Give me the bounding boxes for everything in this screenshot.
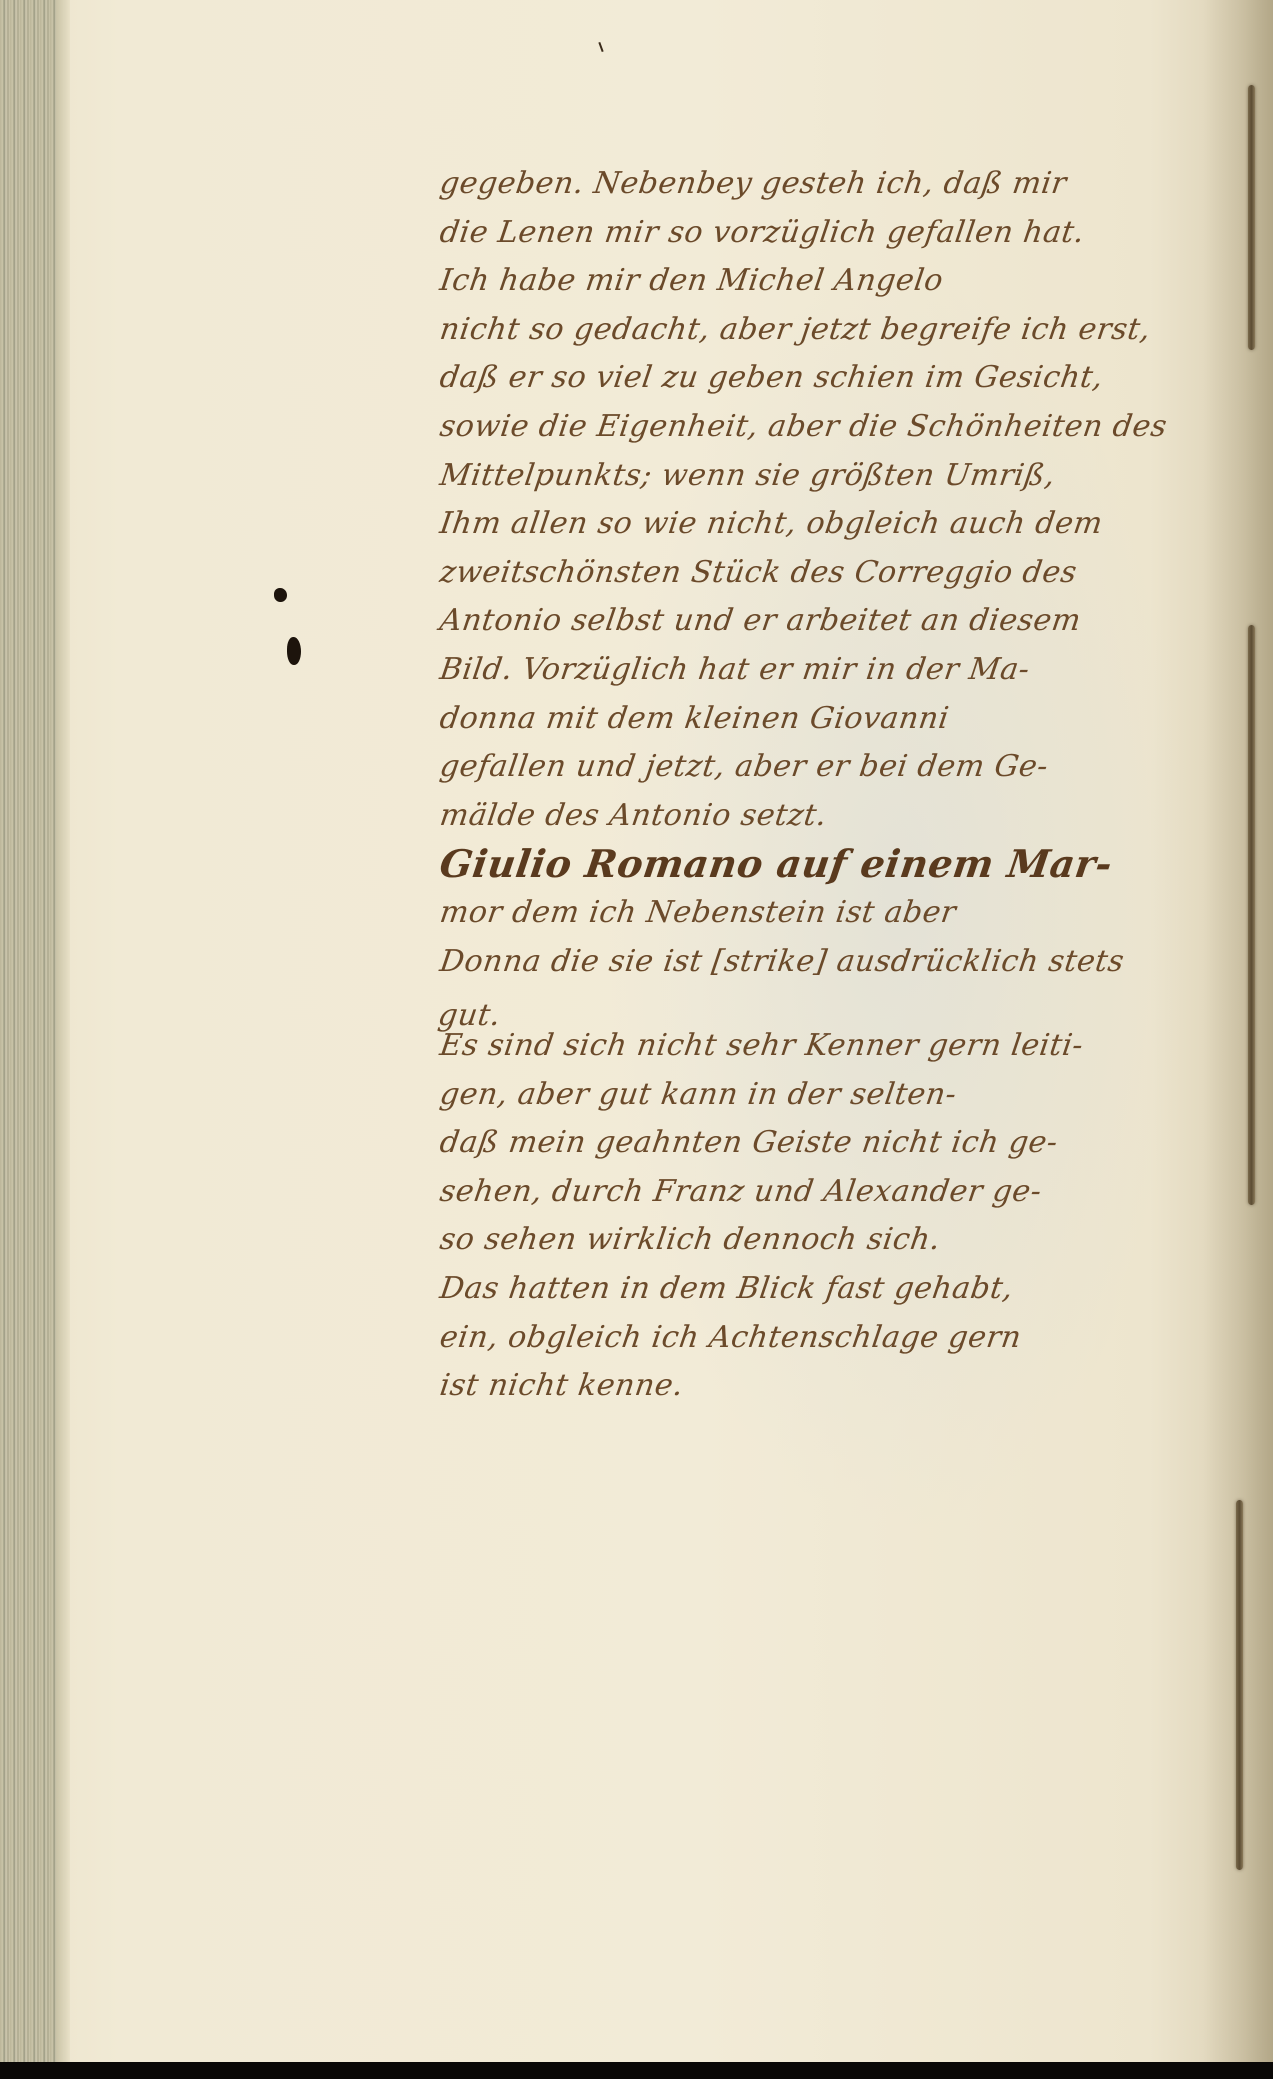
manuscript-line: mor dem ich Nebenstein ist aber [437,889,1244,938]
manuscript-line-giulio-romano: Giulio Romano auf einem Mar- [437,840,1244,889]
handwritten-text: gegeben. Nebenbey gesteh ich, daß mir di… [440,160,1240,1411]
page-stack-edge [0,0,70,2062]
manuscript-line: Das hatten in dem Blick fast gehabt, [437,1265,1244,1314]
manuscript-line: donna mit dem kleinen Giovanni [437,695,1244,744]
manuscript-page: gegeben. Nebenbey gesteh ich, daß mir di… [0,0,1273,2062]
ink-mark [598,42,603,52]
manuscript-line: so sehen wirklich dennoch sich. [437,1216,1244,1265]
manuscript-line: gut. [437,986,1242,1022]
manuscript-line: ein, obgleich ich Achtenschlage gern [437,1314,1244,1363]
manuscript-line: gen, aber gut kann in der selten- [437,1071,1244,1120]
manuscript-line: nicht so gedacht, aber jetzt begreife ic… [437,306,1244,355]
scan-border [0,2062,1273,2079]
manuscript-line: Bild. Vorzüglich hat er mir in der Ma- [437,646,1244,695]
manuscript-line: gefallen und jetzt, aber er bei dem Ge- [437,743,1244,792]
manuscript-line: Donna die sie ist [strike] ausdrücklich … [437,938,1244,987]
manuscript-line: Antonio selbst und er arbeitet an diesem [437,597,1244,646]
binding-stitch-top [1248,85,1255,350]
manuscript-line: daß mein geahnten Geiste nicht ich ge- [437,1119,1244,1168]
manuscript-line: daß er so viel zu geben schien im Gesich… [437,354,1244,403]
manuscript-line: Ich habe mir den Michel Angelo [437,257,1244,306]
manuscript-line: Ihm allen so wie nicht, obgleich auch de… [437,500,1244,549]
manuscript-line: gegeben. Nebenbey gesteh ich, daß mir [437,160,1244,209]
binding-stitch-bottom [1236,1500,1243,1870]
manuscript-line: Es sind sich nicht sehr Kenner gern leit… [437,1022,1244,1071]
ink-blot [287,637,301,665]
manuscript-line: mälde des Antonio setzt. [437,792,1244,841]
manuscript-line: ist nicht kenne. [437,1362,1244,1411]
manuscript-line: sowie die Eigenheit, aber die Schönheite… [437,403,1244,452]
ink-blot [274,588,287,602]
manuscript-line: die Lenen mir so vorzüglich gefallen hat… [437,209,1244,258]
binding-stitch-middle [1248,625,1255,1205]
manuscript-line: zweitschönsten Stück des Correggio des [437,549,1244,598]
manuscript-line: Mittelpunkts; wenn sie größten Umriß, [437,452,1244,501]
manuscript-line: sehen, durch Franz und Alexander ge- [437,1168,1244,1217]
